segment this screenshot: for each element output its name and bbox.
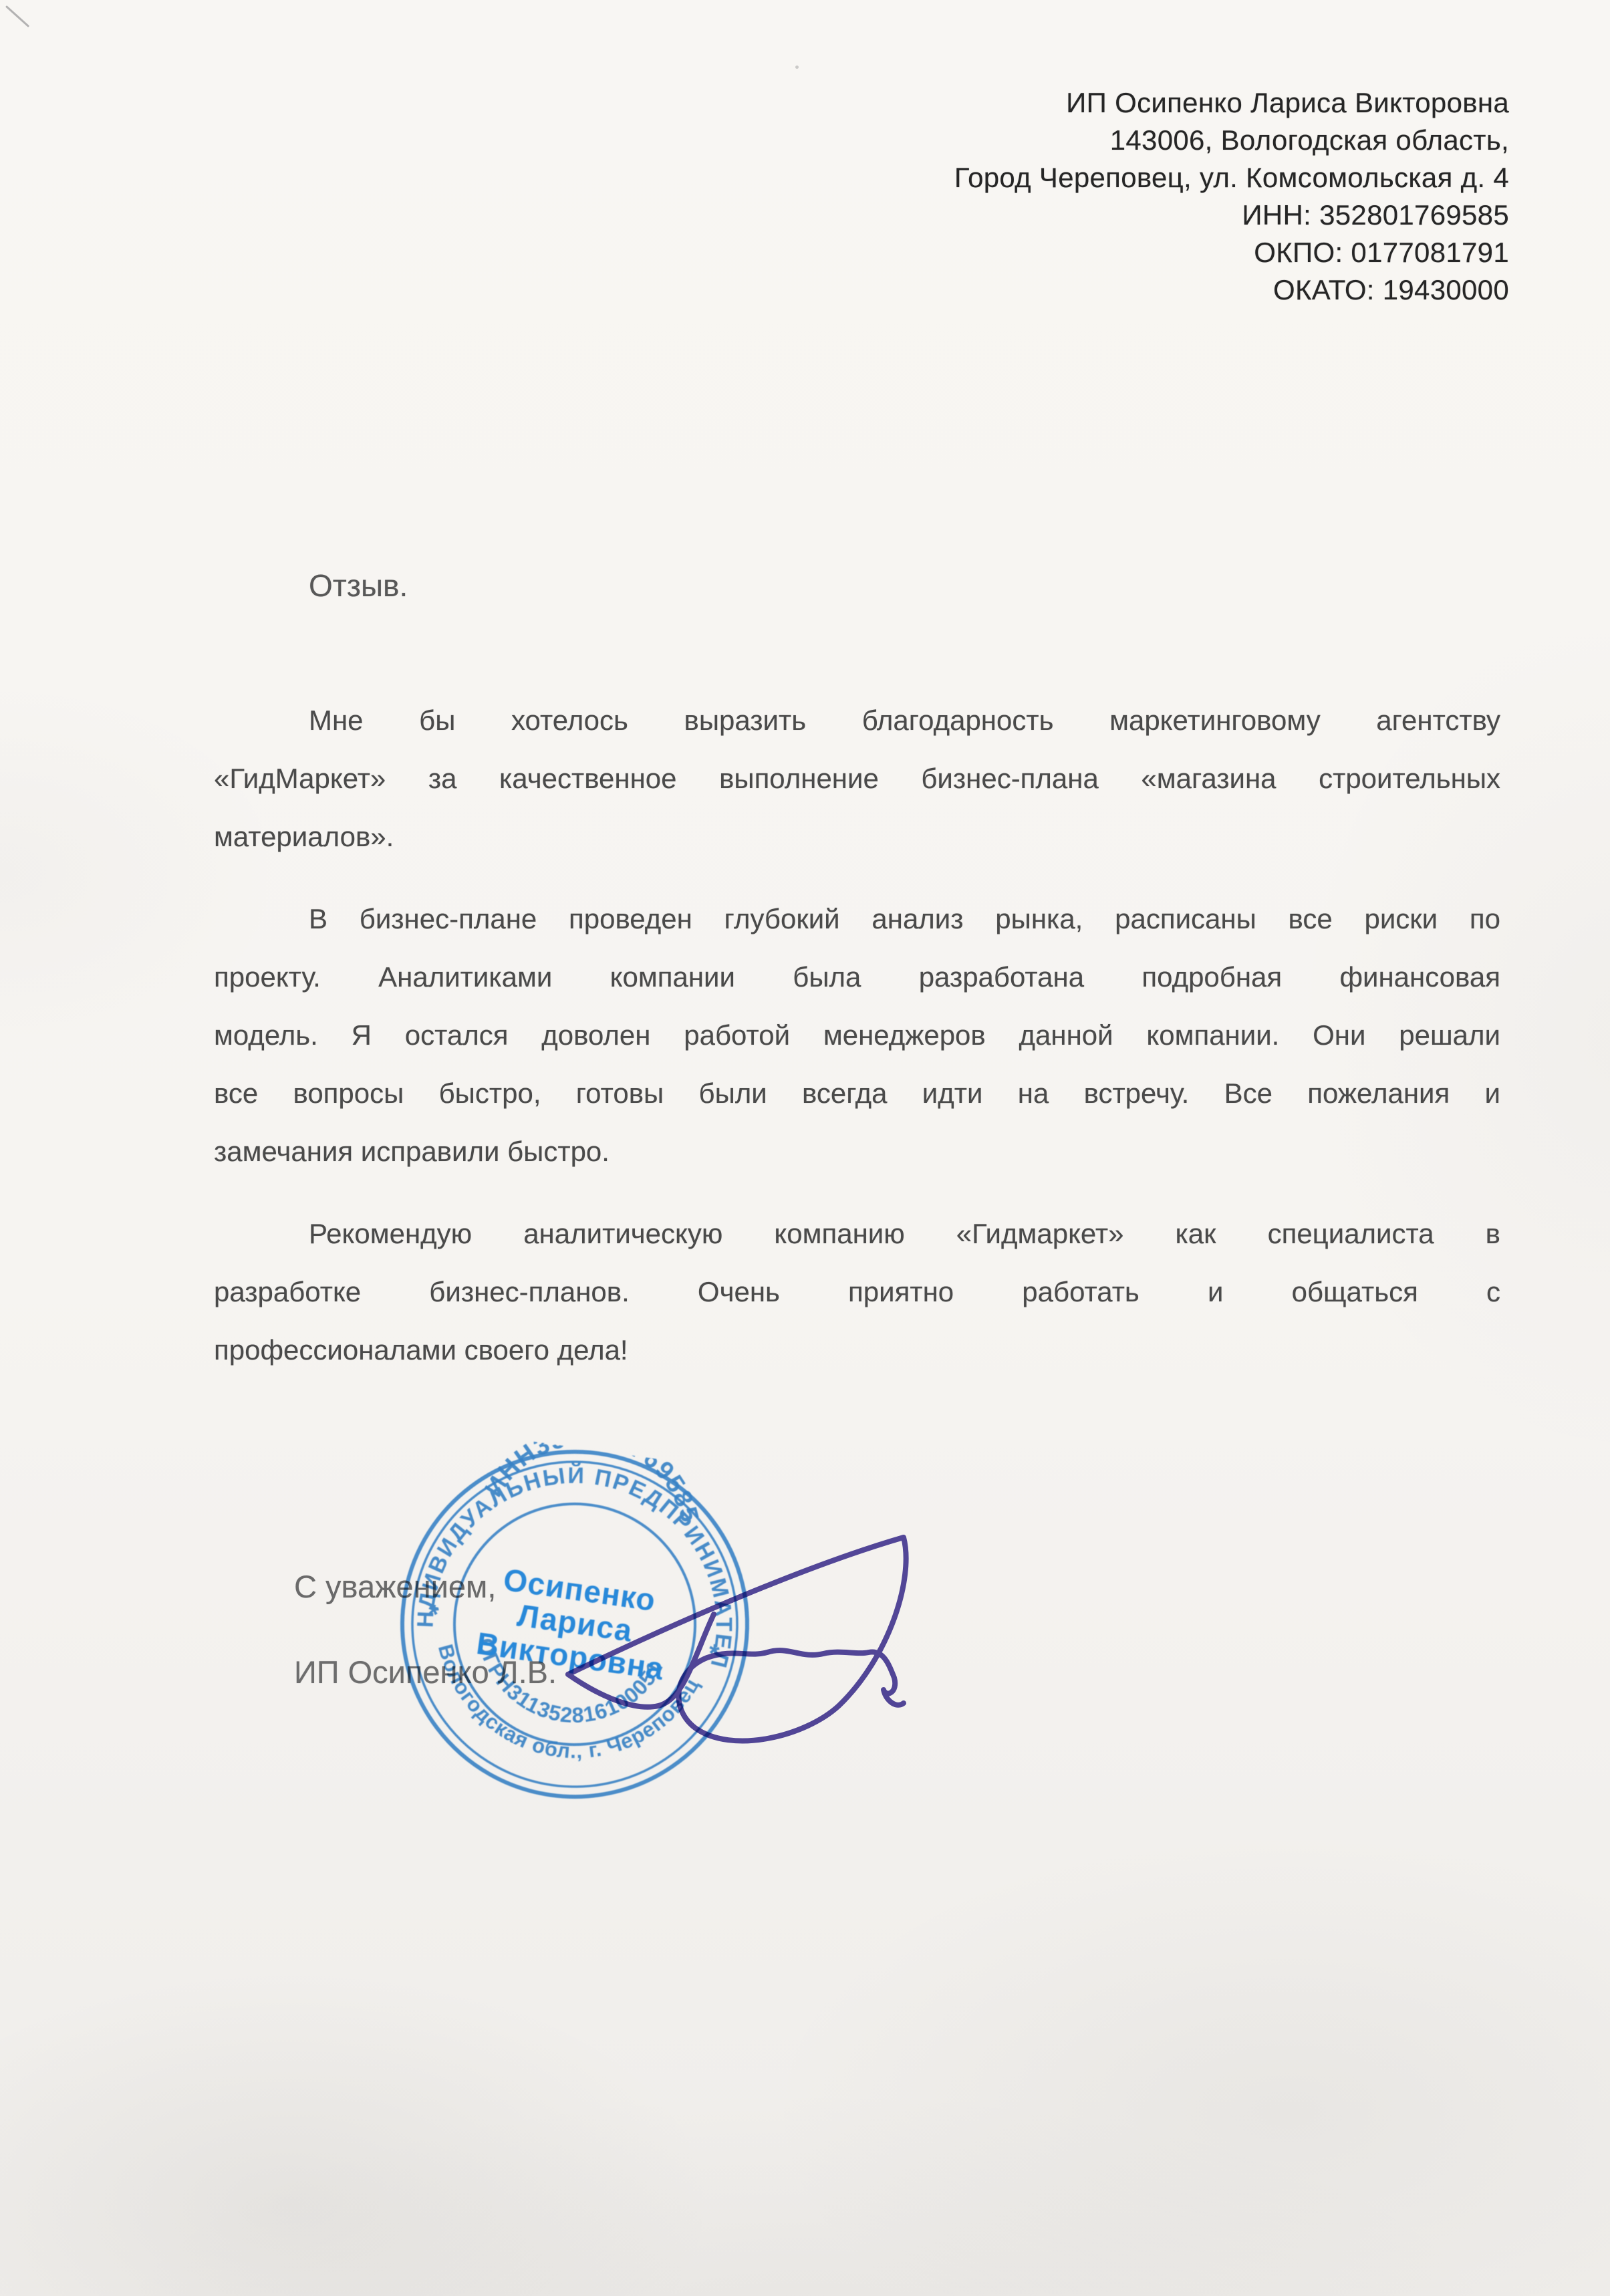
- paragraph: Рекомендую аналитическую компанию «Гидма…: [214, 1204, 1500, 1379]
- sender-okpo-line: ОКПО: 0177081791: [954, 234, 1509, 271]
- sender-inn-line: ИНН: 352801769585: [954, 197, 1509, 234]
- body-line: материалов».: [214, 807, 1500, 866]
- body-line: Мне бы хотелось выразить благодарность м…: [214, 691, 1500, 749]
- letter-body: Мне бы хотелось выразить благодарность м…: [214, 691, 1500, 1379]
- stamp-graphic: ИНДИВИДУАЛЬНЫЙ ПРЕДПРИНИМАТЕЛЬ Вологодск…: [377, 1426, 773, 1822]
- company-stamp: ИНДИВИДУАЛЬНЫЙ ПРЕДПРИНИМАТЕЛЬ Вологодск…: [377, 1426, 773, 1822]
- sender-okato-line: ОКАТО: 19430000: [954, 271, 1509, 309]
- paragraph: В бизнес-плане проведен глубокий анализ …: [214, 890, 1500, 1180]
- sender-postcode-line: 143006, Вологодская область,: [954, 122, 1509, 159]
- body-line: разработке бизнес-планов. Очень приятно …: [214, 1263, 1500, 1321]
- sender-address-line: Город Череповец, ул. Комсомольская д. 4: [954, 159, 1509, 197]
- body-line: В бизнес-плане проведен глубокий анализ …: [214, 890, 1500, 948]
- letter-title: Отзыв.: [309, 567, 408, 604]
- paragraph: Мне бы хотелось выразить благодарность м…: [214, 691, 1500, 866]
- body-line: замечания исправили быстро.: [214, 1122, 1500, 1180]
- body-line: Рекомендую аналитическую компанию «Гидма…: [214, 1204, 1500, 1263]
- body-line: «ГидМаркет» за качественное выполнение б…: [214, 749, 1500, 807]
- scan-artifact-dot: [795, 66, 799, 69]
- body-line: проекту. Аналитиками компании была разра…: [214, 948, 1500, 1006]
- sender-details-block: ИП Осипенко Лариса Викторовна 143006, Во…: [954, 84, 1509, 309]
- body-line: все вопросы быстро, готовы были всегда и…: [214, 1064, 1500, 1122]
- scan-artifact-corner: [5, 5, 29, 27]
- body-line: профессионалами своего дела!: [214, 1321, 1500, 1379]
- sender-name-line: ИП Осипенко Лариса Викторовна: [954, 84, 1509, 122]
- body-line: модель. Я остался доволен работой менедж…: [214, 1006, 1500, 1064]
- scanned-letter-page: ИП Осипенко Лариса Викторовна 143006, Во…: [0, 0, 1610, 2296]
